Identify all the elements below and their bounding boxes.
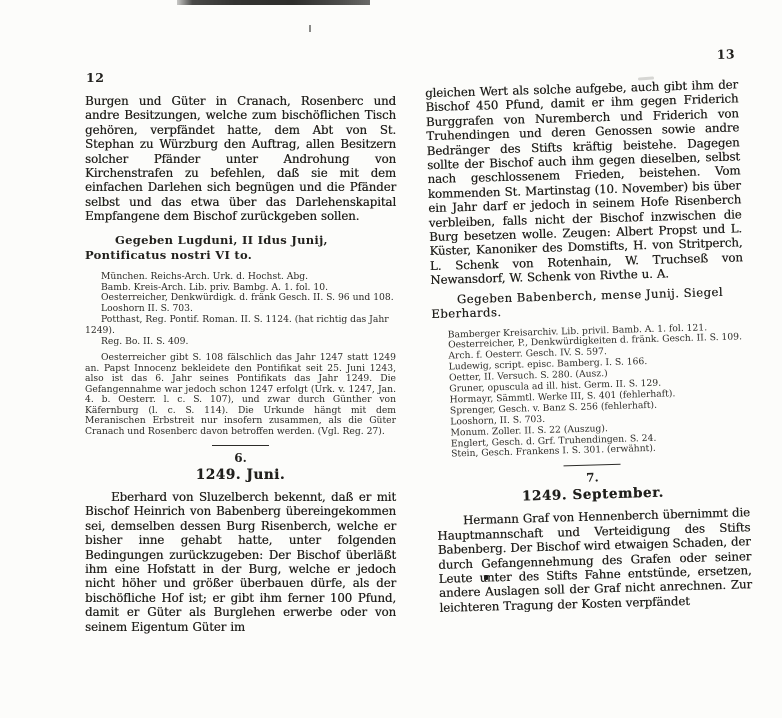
scanned-book-spread: 12 Burgen und Güter in Cranach, Rosenber…: [0, 0, 782, 718]
dateline-babenberch: Gegeben Babenberch, mense Junij. Siegel …: [431, 284, 745, 322]
reference-list-left: München. Reichs-Arch. Urk. d. Hochst. Ab…: [85, 272, 396, 348]
reference-entry: Reg. Bo. II. S. 409.: [85, 337, 396, 348]
section-body-right: Hermann Graf von Hennenberch übernimmt d…: [437, 506, 753, 616]
reference-entry: München. Reichs-Arch. Urk. d. Hochst. Ab…: [85, 272, 396, 283]
section-divider-rule: [212, 445, 269, 446]
section-body-left: Eberhard von Sluzelberch bekennt, daß er…: [85, 490, 396, 634]
editorial-note: Oesterreicher gibt S. 108 fälschlich das…: [85, 353, 396, 437]
continuation-paragraph-left: Burgen und Güter in Cranach, Rosenberc u…: [85, 94, 396, 224]
dateline-lugduni: Gegeben Lugduni, II Idus Junij, Pontific…: [85, 233, 396, 263]
section-number-6: 6.: [85, 451, 396, 465]
section-divider-rule: [564, 464, 621, 467]
section-date-heading-juni: 1249. Juni.: [85, 467, 396, 483]
scan-artifact-top-bar: [177, 0, 370, 5]
reference-list-right: Bamberger Kreisarchiv. Lib. privil. Bamb…: [432, 322, 749, 462]
continuation-paragraph-right: gleichen Wert als solche aufgebe, auch g…: [425, 77, 744, 287]
reference-entry: Potthast, Reg. Pontif. Roman. II. S. 112…: [85, 315, 396, 337]
scan-artifact-tick-mark: [309, 25, 311, 32]
page-number-right: 13: [716, 46, 735, 62]
page-12: 12 Burgen und Güter in Cranach, Rosenber…: [85, 66, 396, 634]
page-13: 13 gleichen Wert als solche aufgebe, auc…: [424, 46, 753, 615]
page-number-left: 12: [86, 70, 104, 85]
